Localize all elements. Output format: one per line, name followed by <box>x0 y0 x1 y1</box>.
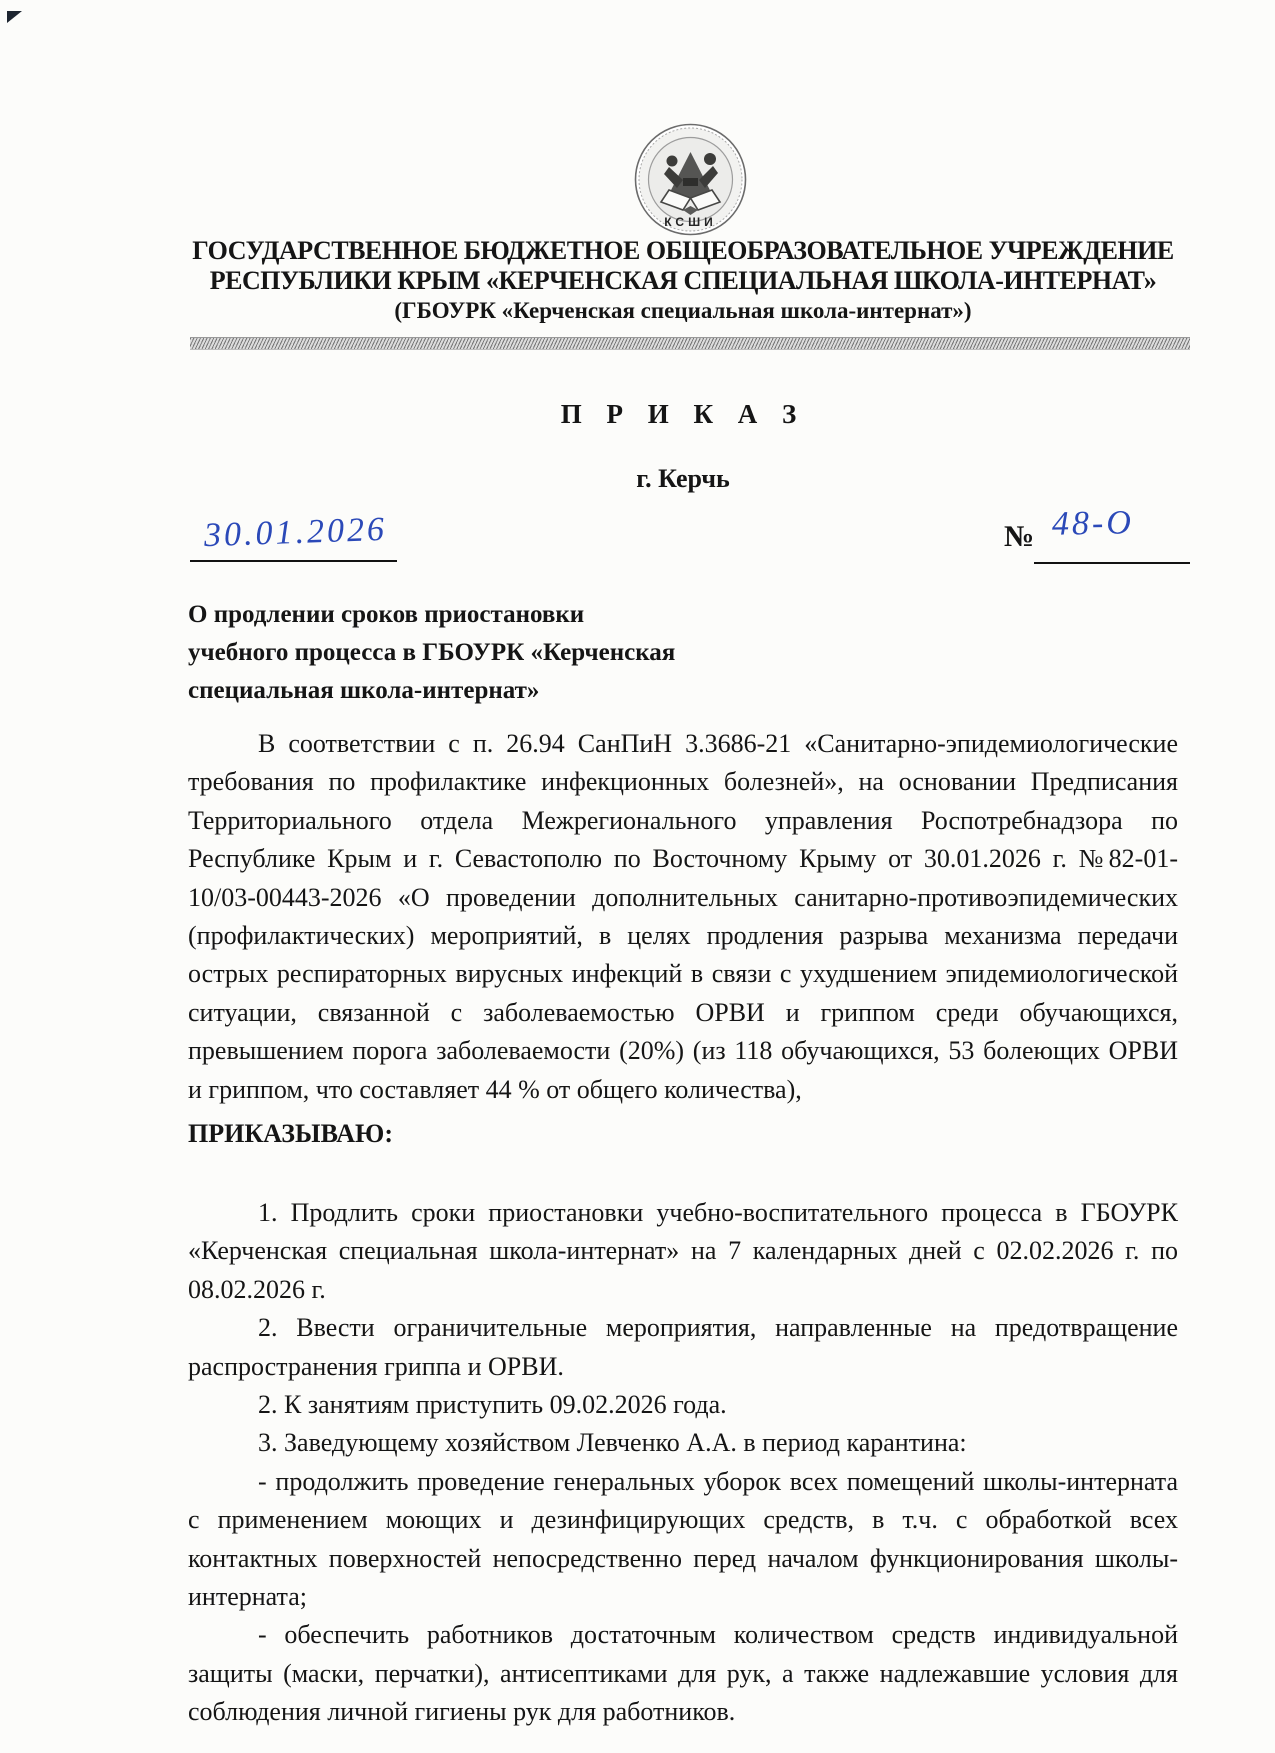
header-separator-rule <box>190 337 1190 350</box>
date-handwritten: 30.01.2026 <box>203 513 387 553</box>
organization-name-block: ГОСУДАРСТВЕННОЕ БЮДЖЕТНОЕ ОБЩЕОБРАЗОВАТЕ… <box>188 236 1178 326</box>
subject-line-1: О продлении сроков приостановки <box>188 596 828 634</box>
date-underline <box>190 560 397 562</box>
city-line: г. Керчь <box>188 464 1178 494</box>
subject-line-3: специальная школа-интернат» <box>188 672 828 710</box>
org-name-line1: ГОСУДАРСТВЕННОЕ БЮДЖЕТНОЕ ОБЩЕОБРАЗОВАТЕ… <box>188 236 1178 266</box>
school-emblem-logo: КСШИ <box>633 122 748 237</box>
org-name-line3: (ГБОУРК «Керченская специальная школа-ин… <box>188 296 1178 326</box>
number-underline <box>1034 562 1190 564</box>
number-label: № <box>1004 520 1034 554</box>
scan-corner-artifact <box>7 11 22 23</box>
order-item: 2. К занятиям приступить 09.02.2026 года… <box>188 1386 1178 1424</box>
intro-paragraph: В соответствии с п. 26.94 СанПиН 3.3686-… <box>188 725 1178 1109</box>
order-item: - обеспечить работников достаточным коли… <box>188 1616 1178 1731</box>
order-heading: ПРИКАЗЫВАЮ: <box>188 1119 393 1149</box>
order-item: - продолжить проведение генеральных убор… <box>188 1463 1178 1617</box>
order-item: 2. Ввести ограничительные мероприятия, н… <box>188 1309 1178 1386</box>
document-type-title: П Р И К А З <box>188 399 1178 430</box>
number-handwritten: 48-О <box>1052 506 1134 541</box>
subject-line-2: учебного процесса в ГБОУРК «Керченская <box>188 634 828 672</box>
order-item: 3. Заведующему хозяйством Левченко А.А. … <box>188 1424 1178 1462</box>
order-items-block: 1. Продлить сроки приостановки учебно-во… <box>188 1194 1178 1732</box>
logo-abbr: КСШИ <box>664 215 717 229</box>
org-name-line2: РЕСПУБЛИКИ КРЫМ «КЕРЧЕНСКАЯ СПЕЦИАЛЬНАЯ … <box>188 266 1178 296</box>
order-subject: О продлении сроков приостановки учебного… <box>188 596 828 710</box>
scanned-order-document: КСШИ ГОСУДАРСТВЕННОЕ БЮДЖЕТНОЕ ОБЩЕОБРАЗ… <box>0 0 1275 1753</box>
order-item: 1. Продлить сроки приостановки учебно-во… <box>188 1194 1178 1309</box>
